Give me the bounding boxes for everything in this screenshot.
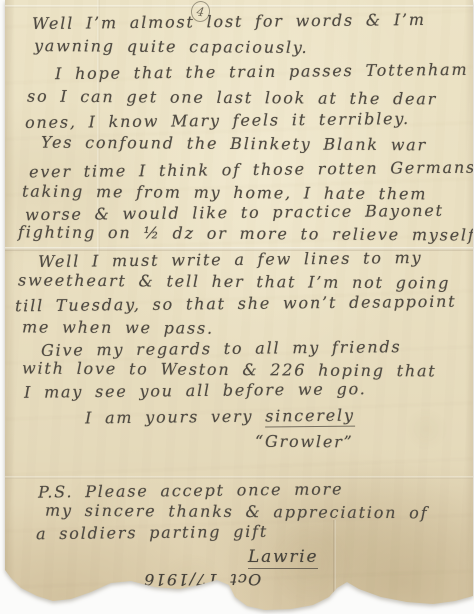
letter-line: Well I must write a few lines to my <box>38 248 423 271</box>
letter-page: 4 Well I’m almost lost for words & I’m y… <box>5 0 473 613</box>
closing-text: I am yours very <box>85 407 265 428</box>
postscript-line: my sincere thanks & appreciation of <box>45 501 428 523</box>
letter-line: me when we pass. <box>22 317 214 337</box>
letter-line: taking me from my home, I hate them <box>22 182 427 204</box>
fold-crease <box>5 476 473 479</box>
letter-line: so I can get one last look at the dear <box>27 87 437 109</box>
letter-line: sweetheart & tell her that I’m not going <box>18 270 450 292</box>
date-annotation-upside-down: Oct 17/1916 <box>143 570 261 589</box>
letter-line: with love to Weston & 226 hoping that <box>22 359 437 381</box>
alias-signature: “Growler” <box>255 432 354 452</box>
closing-word-underlined: sincerely <box>265 406 355 428</box>
letter-line: Give my regards to all my friends <box>41 337 402 360</box>
letter-line: fighting on ½ dz or more to relieve myse… <box>18 222 474 244</box>
fold-crease <box>333 520 336 612</box>
postscript-line: P.S. Please accept once more <box>38 479 343 501</box>
postscript-line: a soldiers parting gift <box>36 522 268 543</box>
signature: Lawrie <box>248 547 318 569</box>
letter-line: I may see you all before we go. <box>24 379 367 402</box>
paper-sheet: 4 Well I’m almost lost for words & I’m y… <box>5 0 473 613</box>
letter-line: ones, I know Mary feels it terribley. <box>25 109 410 132</box>
closing-line: I am yours very sincerely <box>85 406 355 428</box>
letter-line: yawning quite capaciously. <box>34 36 309 57</box>
letter-line: Yes confound the Blinkety Blank war <box>41 133 427 155</box>
fold-crease <box>5 5 473 8</box>
